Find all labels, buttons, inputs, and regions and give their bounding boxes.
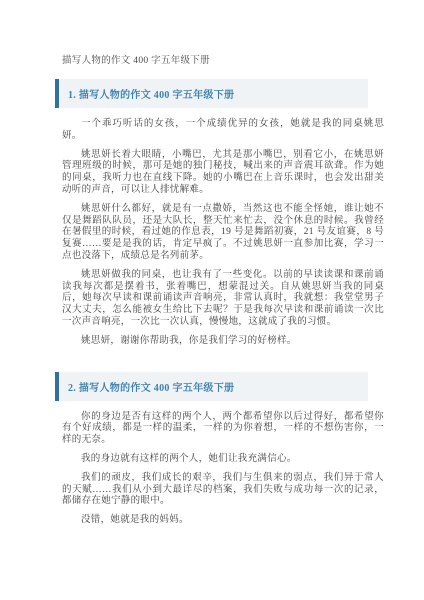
section-2-paragraph-4: 没错，她就是我的妈妈。 bbox=[62, 515, 384, 527]
document-title: 描写人物的作文 400 字五年级下册 bbox=[62, 52, 384, 66]
section-2-heading: 2. 描写人物的作文 400 字五年级下册 bbox=[55, 372, 368, 401]
essay-section-2: 2. 描写人物的作文 400 字五年级下册 你的身边是否有这样的两个人，两个都希… bbox=[62, 372, 384, 527]
section-1-paragraph-3: 姚思妍什么都好，就是有一点撒娇，当然这也不能全怪她，谁让她不仅是舞蹈队队员，还是… bbox=[62, 204, 384, 263]
section-2-paragraph-3: 我们的顽皮，我们成长的艰辛，我们与生俱来的弱点，我们异于常人的天赋……我们从小到… bbox=[62, 473, 384, 508]
section-1-paragraph-5: 姚思妍，谢谢你帮助我，你是我们学习的好榜样。 bbox=[62, 336, 384, 348]
section-2-paragraph-1: 你的身边是否有这样的两个人，两个都希望你以后过得好，都希望你有个好成绩，都是一样… bbox=[62, 412, 384, 447]
section-1-heading: 1. 描写人物的作文 400 字五年级下册 bbox=[55, 79, 368, 108]
section-1-paragraph-1: 一个乖巧听话的女孩，一个成绩优异的女孩，她就是我的同桌姚思妍。 bbox=[62, 119, 384, 143]
essay-section-1: 1. 描写人物的作文 400 字五年级下册 一个乖巧听话的女孩，一个成绩优异的女… bbox=[62, 79, 384, 348]
section-1-paragraph-4: 姚思妍做我的同桌，也让我有了一些变化。以前的早读读课和课前诵读我每次都是摆着书，… bbox=[62, 270, 384, 329]
document-page: 描写人物的作文 400 字五年级下册 1. 描写人物的作文 400 字五年级下册… bbox=[0, 0, 424, 600]
section-1-paragraph-2: 姚思妍长着大眼睛，小嘴巴，尤其是那小嘴巴，别看它小，在姚思妍管理班级的时候，那可… bbox=[62, 150, 384, 197]
section-2-paragraph-2: 我的身边就有这样的两个人，她们让我充满信心。 bbox=[62, 454, 384, 466]
